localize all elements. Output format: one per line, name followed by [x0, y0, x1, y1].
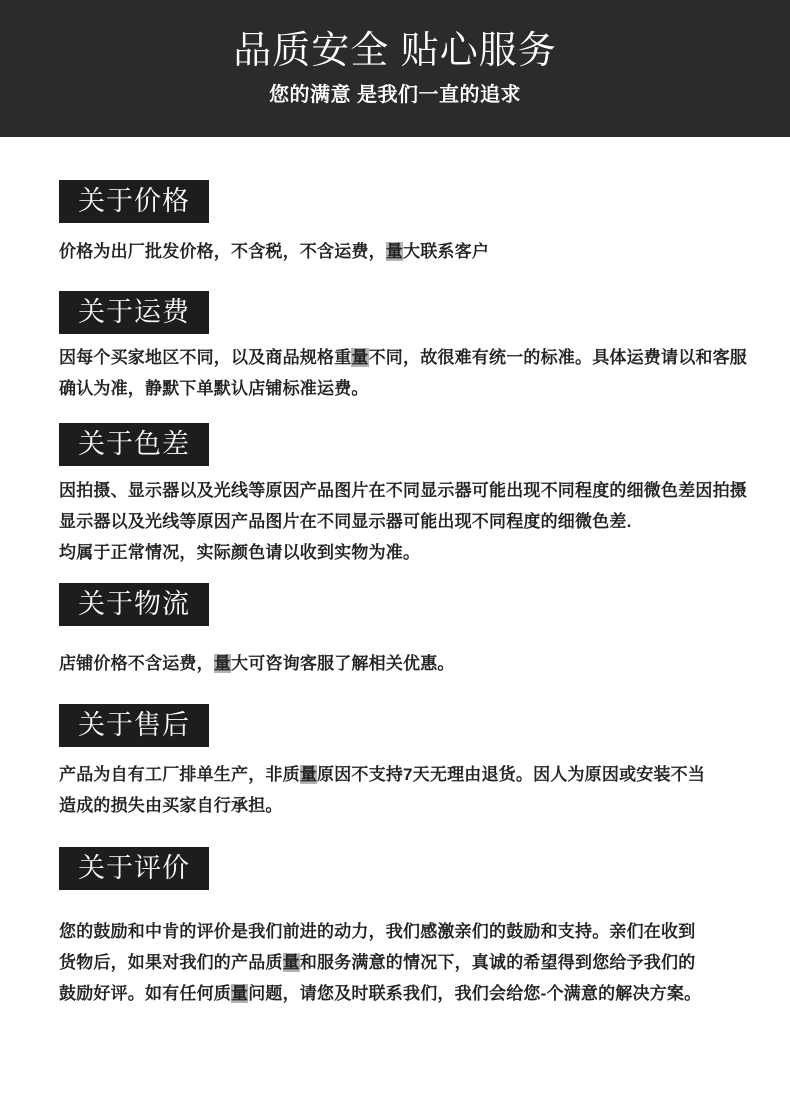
section-text-line: 均属于正常情况，实际颜色请以收到实物为准。 [59, 537, 740, 568]
highlighted-char: 量 [300, 765, 317, 784]
service-section: 关于运费 因每个买家地区不同，以及商品规格重量不同，故很难有统一的标准。具体运费… [59, 291, 740, 404]
section-label: 关于物流 [59, 583, 209, 626]
section-text-line: 因拍摄、显示器以及光线等原因产品图片在不同显示器可能出现不同程度的细微色差因拍摄 [59, 475, 740, 506]
section-label: 关于运费 [59, 291, 209, 334]
service-section: 关于评价 您的鼓励和中肯的评价是我们前进的动力，我们感激亲们的鼓励和支持。亲们在… [59, 847, 740, 1009]
section-text-line: 造成的损失由买家自行承担。 [59, 790, 740, 821]
section-body: 因拍摄、显示器以及光线等原因产品图片在不同显示器可能出现不同程度的细微色差因拍摄… [59, 475, 740, 568]
header-banner: 品质安全 贴心服务 您的满意 是我们一直的追求 [0, 0, 790, 137]
section-body: 因每个买家地区不同，以及商品规格重量不同，故很难有统一的标准。具体运费请以和客服… [59, 342, 740, 404]
service-section: 关于色差 因拍摄、显示器以及光线等原因产品图片在不同显示器可能出现不同程度的细微… [59, 423, 740, 568]
section-text-line: 产品为自有工厂排单生产，非质量原因不支持7天无理由退货。因人为原因或安装不当 [59, 759, 740, 790]
service-section: 关于价格 价格为出厂批发价格，不含税，不含运费，量大联系客户 [59, 180, 740, 267]
section-text-line: 确认为准，静默下单默认店铺标准运费。 [59, 373, 740, 404]
section-label: 关于色差 [59, 423, 209, 466]
page-title: 品质安全 贴心服务 [0, 30, 790, 72]
section-text-line: 店铺价格不含运费，量大可咨询客服了解相关优惠。 [59, 648, 740, 679]
section-text-line: 鼓励好评。如有任何质量问题，请您及时联系我们，我们会给您-个满意的解决方案。 [59, 978, 740, 1009]
page-subtitle: 您的满意 是我们一直的追求 [0, 84, 790, 106]
section-text-line: 显示器以及光线等原因产品图片在不同显示器可能出现不同程度的细微色差. [59, 506, 740, 537]
highlighted-char: 量 [231, 984, 248, 1003]
section-label: 关于评价 [59, 847, 209, 890]
section-text-line: 因每个买家地区不同，以及商品规格重量不同，故很难有统一的标准。具体运费请以和客服 [59, 342, 740, 373]
highlighted-char: 量 [214, 654, 231, 673]
section-body: 产品为自有工厂排单生产，非质量原因不支持7天无理由退货。因人为原因或安装不当造成… [59, 759, 740, 821]
service-section: 关于售后 产品为自有工厂排单生产，非质量原因不支持7天无理由退货。因人为原因或安… [59, 704, 740, 821]
service-section: 关于物流 店铺价格不含运费，量大可咨询客服了解相关优惠。 [59, 583, 740, 679]
highlighted-char: 量 [351, 348, 368, 367]
highlighted-char: 量 [283, 953, 300, 972]
section-body: 店铺价格不含运费，量大可咨询客服了解相关优惠。 [59, 648, 740, 679]
section-text-line: 货物后，如果对我们的产品质量和服务满意的情况下，真诚的希望得到您给予我们的 [59, 947, 740, 978]
service-info-page: 品质安全 贴心服务 您的满意 是我们一直的追求 关于价格 价格为出厂批发价格，不… [0, 0, 790, 1101]
section-text-line: 您的鼓励和中肯的评价是我们前进的动力，我们感激亲们的鼓励和支持。亲们在收到 [59, 916, 740, 947]
section-label: 关于售后 [59, 704, 209, 747]
highlighted-char: 量 [386, 242, 403, 261]
section-text-line: 价格为出厂批发价格，不含税，不含运费，量大联系客户 [59, 236, 740, 267]
section-body: 价格为出厂批发价格，不含税，不含运费，量大联系客户 [59, 236, 740, 267]
section-body: 您的鼓励和中肯的评价是我们前进的动力，我们感激亲们的鼓励和支持。亲们在收到货物后… [59, 916, 740, 1009]
section-label: 关于价格 [59, 180, 209, 223]
service-sections: 关于价格 价格为出厂批发价格，不含税，不含运费，量大联系客户 关于运费 因每个买… [0, 180, 790, 1009]
